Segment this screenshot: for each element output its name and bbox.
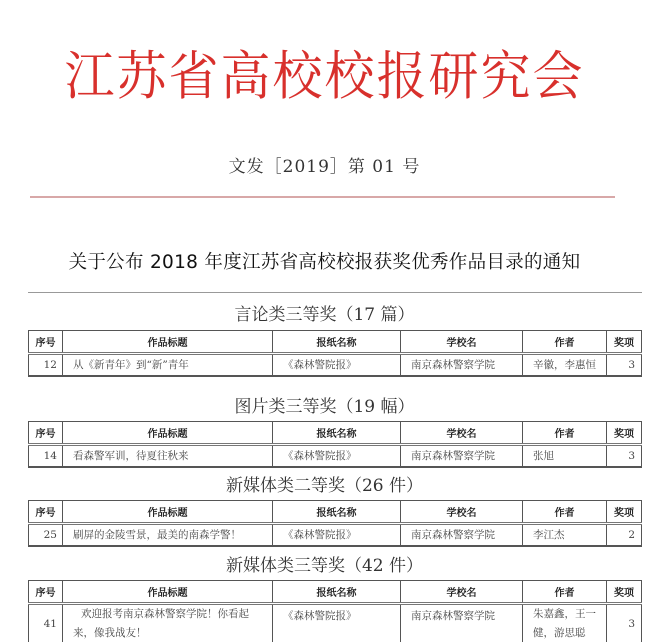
notice-title: 关于公布 2018 年度江苏省高校校报获奖优秀作品目录的通知	[0, 248, 649, 274]
cell-school: 南京森林警察学院	[401, 354, 523, 376]
col-header-author: 作者	[523, 422, 607, 445]
col-header-no: 序号	[29, 331, 63, 354]
col-header-author: 作者	[523, 581, 607, 604]
award-table-new-media-second: 序号 作品标题 报纸名称 学校名 作者 奖项 25 刷屏的金陵雪景，最美的南森学…	[28, 500, 642, 547]
table-row: 25 刷屏的金陵雪景，最美的南森学警！ 《森林警院报》 南京森林警察学院 李江杰…	[29, 524, 642, 546]
cell-no: 41	[29, 604, 63, 642]
table-header-row: 序号 作品标题 报纸名称 学校名 作者 奖项	[29, 501, 642, 524]
document-number: 文发［2019］第 01 号	[0, 152, 649, 177]
organization-title: 江苏省高校校报研究会	[0, 42, 649, 109]
cell-school: 南京森林警察学院	[401, 524, 523, 546]
section-heading-photo: 图片类三等奖（19 幅）	[0, 392, 649, 417]
cell-paper: 《森林警院报》	[273, 524, 401, 546]
cell-paper: 《森林警院报》	[273, 354, 401, 376]
col-header-school: 学校名	[401, 422, 523, 445]
cell-author: 李江杰	[523, 524, 607, 546]
table-row: 12 从《新青年》到“新”青年 《森林警院报》 南京森林警察学院 辛徽，李惠恒 …	[29, 354, 642, 376]
cell-author: 朱嘉鑫，王一健，游思聪	[523, 604, 607, 642]
cell-school: 南京森林警察学院	[401, 604, 523, 642]
cell-author: 张旭	[523, 445, 607, 467]
award-table-commentary: 序号 作品标题 报纸名称 学校名 作者 奖项 12 从《新青年》到“新”青年 《…	[28, 330, 642, 377]
cell-title: 看森警军训，待夏往秋来	[63, 445, 273, 467]
col-header-school: 学校名	[401, 501, 523, 524]
table-header-row: 序号 作品标题 报纸名称 学校名 作者 奖项	[29, 422, 642, 445]
cell-prize: 3	[607, 354, 642, 376]
col-header-prize: 奖项	[607, 581, 642, 604]
award-table-new-media-third: 序号 作品标题 报纸名称 学校名 作者 奖项 41 欢迎报考南京森林警察学院！你…	[28, 580, 642, 642]
col-header-author: 作者	[523, 331, 607, 354]
cell-school: 南京森林警察学院	[401, 445, 523, 467]
col-header-title: 作品标题	[63, 581, 273, 604]
col-header-prize: 奖项	[607, 501, 642, 524]
table-row: 41 欢迎报考南京森林警察学院！你看起来，像我战友！ 《森林警院报》 南京森林警…	[29, 604, 642, 642]
col-header-no: 序号	[29, 501, 63, 524]
cell-title: 从《新青年》到“新”青年	[63, 354, 273, 376]
col-header-author: 作者	[523, 501, 607, 524]
col-header-no: 序号	[29, 581, 63, 604]
cell-prize: 3	[607, 604, 642, 642]
col-header-title: 作品标题	[63, 501, 273, 524]
col-header-prize: 奖项	[607, 422, 642, 445]
col-header-paper: 报纸名称	[273, 501, 401, 524]
cell-no: 25	[29, 524, 63, 546]
cell-prize: 3	[607, 445, 642, 467]
table-header-row: 序号 作品标题 报纸名称 学校名 作者 奖项	[29, 331, 642, 354]
col-header-paper: 报纸名称	[273, 581, 401, 604]
section-heading-commentary: 言论类三等奖（17 篇）	[0, 300, 649, 325]
cell-paper: 《森林警院报》	[273, 445, 401, 467]
cell-title: 刷屏的金陵雪景，最美的南森学警！	[63, 524, 273, 546]
col-header-title: 作品标题	[63, 331, 273, 354]
col-header-paper: 报纸名称	[273, 422, 401, 445]
col-header-title: 作品标题	[63, 422, 273, 445]
cell-title: 欢迎报考南京森林警察学院！你看起来，像我战友！	[63, 604, 273, 642]
table-header-row: 序号 作品标题 报纸名称 学校名 作者 奖项	[29, 581, 642, 604]
table-row: 14 看森警军训，待夏往秋来 《森林警院报》 南京森林警察学院 张旭 3	[29, 445, 642, 467]
cell-no: 12	[29, 354, 63, 376]
header-divider	[30, 196, 615, 198]
cell-paper: 《森林警院报》	[273, 604, 401, 642]
col-header-no: 序号	[29, 422, 63, 445]
cell-author: 辛徽，李惠恒	[523, 354, 607, 376]
section-heading-new-media-second: 新媒体类二等奖（26 件）	[0, 471, 649, 496]
cell-no: 14	[29, 445, 63, 467]
col-header-school: 学校名	[401, 581, 523, 604]
award-table-photo: 序号 作品标题 报纸名称 学校名 作者 奖项 14 看森警军训，待夏往秋来 《森…	[28, 421, 642, 468]
col-header-school: 学校名	[401, 331, 523, 354]
section-divider	[28, 292, 642, 293]
section-heading-new-media-third: 新媒体类三等奖（42 件）	[0, 551, 649, 576]
col-header-paper: 报纸名称	[273, 331, 401, 354]
col-header-prize: 奖项	[607, 331, 642, 354]
cell-prize: 2	[607, 524, 642, 546]
